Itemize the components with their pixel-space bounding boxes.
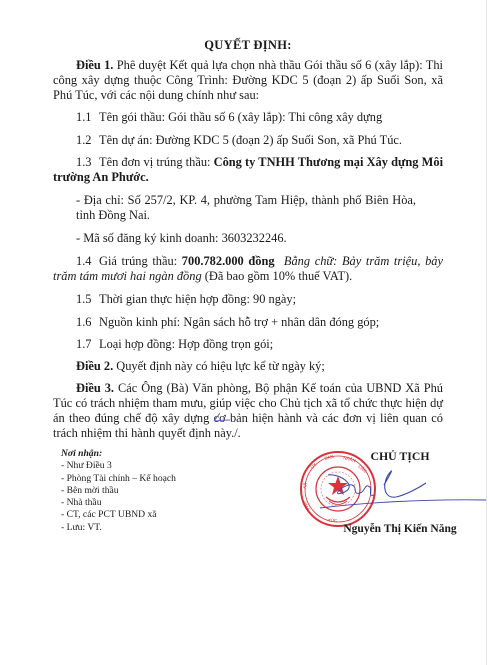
item-1-6: 1.6Nguồn kinh phí: Ngân sách hỗ trợ + nh… xyxy=(76,315,443,330)
item-text: Loại hợp đồng: Hợp đồng trọn gói; xyxy=(99,337,273,351)
item-1-3: 1.3Tên đơn vị trúng thầu: Công ty TNHH T… xyxy=(53,155,443,185)
contractor-address: - Địa chỉ: Số 257/2, KP. 4, phường Tam H… xyxy=(76,193,416,223)
recipient-item: - Lưu: VT. xyxy=(61,522,176,534)
item-number: 1.3 xyxy=(76,155,99,170)
item-1-4: 1.4Giá trúng thầu: 700.782.000 đồng Bằng… xyxy=(53,254,443,284)
recipients-block: Nơi nhận: - Như Điều 3 - Phòng Tài chính… xyxy=(61,448,176,534)
business-code-text: - Mã số đăng ký kinh doanh: 3603232246. xyxy=(76,231,287,245)
price-note: (Đã bao gồm 10% thuế VAT). xyxy=(202,269,353,283)
item-number: 1.4 xyxy=(76,254,99,269)
document-title: QUYẾT ĐỊNH: xyxy=(53,38,443,53)
initial-mark-icon xyxy=(212,411,232,423)
article-3-label: Điều 3. xyxy=(76,381,114,395)
signature-block: CHỦ TỊCH Nguyễn Thị Kiến Năng xyxy=(330,449,470,464)
item-number: 1.2 xyxy=(76,133,99,148)
item-number: 1.1 xyxy=(76,110,99,125)
signature-icon xyxy=(300,465,488,525)
item-text: Tên dự án: Đường KDC 5 (đoạn 2) ấp Suối … xyxy=(99,133,402,147)
article-2: Điều 2. Quyết định này có hiệu lực kể từ… xyxy=(53,359,443,374)
item-label: Tên đơn vị trúng thầu: xyxy=(99,155,214,169)
item-1-5: 1.5Thời gian thực hiện hợp đồng: 90 ngày… xyxy=(76,292,443,307)
recipient-item: - Như Điều 3 xyxy=(61,460,176,472)
item-1-1: 1.1Tên gói thầu: Gói thầu số 6 (xây lắp)… xyxy=(76,110,443,125)
item-text: Tên gói thầu: Gói thầu số 6 (xây lắp): T… xyxy=(99,110,382,124)
recipient-item: - Phòng Tài chính – Kế hoạch xyxy=(61,473,176,485)
recipient-item: - CT, các PCT UBND xã xyxy=(61,509,176,521)
recipient-item: - Bên mời thầu xyxy=(61,485,176,497)
price-amount: 700.782.000 đồng xyxy=(182,254,275,268)
article-2-label: Điều 2. xyxy=(76,359,113,373)
article-2-text: Quyết định này có hiệu lực kể từ ngày ký… xyxy=(113,359,325,373)
recipients-heading: Nơi nhận: xyxy=(61,448,176,460)
page-edge-line xyxy=(486,0,487,665)
item-number: 1.7 xyxy=(76,337,99,352)
item-text: Nguồn kinh phí: Ngân sách hỗ trợ + nhân … xyxy=(99,315,379,329)
article-1-label: Điều 1. xyxy=(76,58,113,72)
item-1-2: 1.2Tên dự án: Đường KDC 5 (đoạn 2) ấp Su… xyxy=(76,133,443,148)
item-number: 1.6 xyxy=(76,315,99,330)
address-text: - Địa chỉ: Số 257/2, KP. 4, phường Tam H… xyxy=(76,193,416,222)
price-label: Giá trúng thầu: xyxy=(99,254,182,268)
item-text: Thời gian thực hiện hợp đồng: 90 ngày; xyxy=(99,292,296,306)
article-3: Điều 3. Các Ông (Bà) Văn phòng, Bộ phận … xyxy=(53,381,443,441)
signer-name: Nguyễn Thị Kiến Năng xyxy=(330,523,470,535)
business-code: - Mã số đăng ký kinh doanh: 3603232246. xyxy=(76,231,466,246)
recipient-item: - Nhà thầu xyxy=(61,497,176,509)
article-1: Điều 1. Phê duyệt Kết quả lựa chọn nhà t… xyxy=(53,58,443,103)
item-1-7: 1.7Loại hợp đồng: Hợp đồng trọn gói; xyxy=(76,337,443,352)
item-number: 1.5 xyxy=(76,292,99,307)
signer-position: CHỦ TỊCH xyxy=(330,449,470,464)
